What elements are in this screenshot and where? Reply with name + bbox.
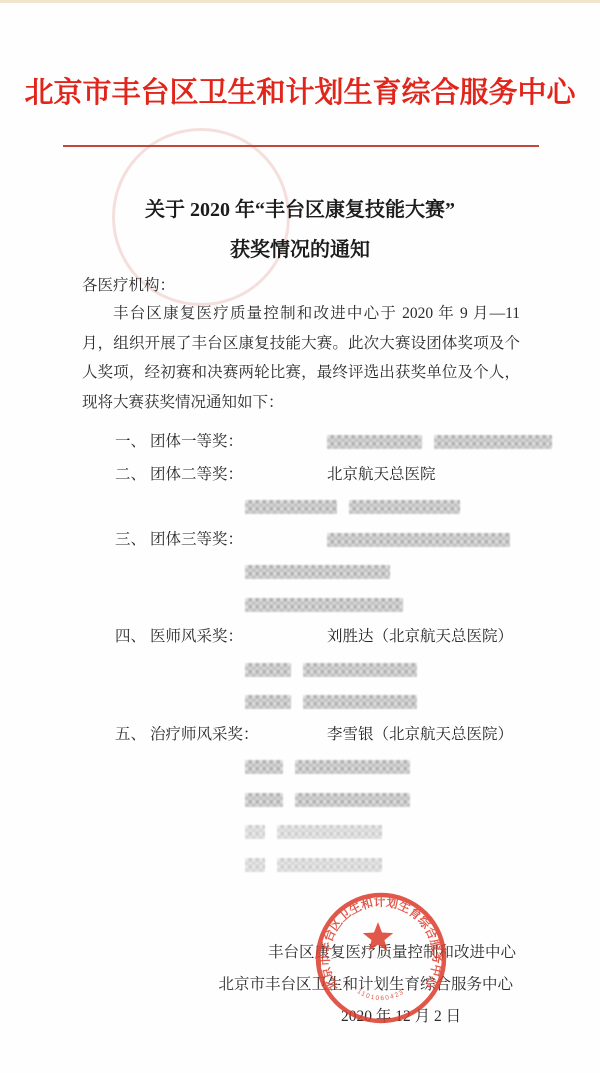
document-title: 关于 2020 年“丰台区康复技能大赛”获奖情况的通知 [0,190,600,270]
redacted-text-block [277,858,382,872]
redacted-text-block [245,858,265,872]
header-divider-rule [63,145,539,147]
svg-text:1101060423: 1101060423 [356,988,406,1002]
award-category-label: 团体一等奖： [150,426,327,459]
awards-list: 一、团体一等奖：二、团体二等奖：北京航天总医院三、团体三等奖：四、医师风采奖：刘… [82,426,552,881]
title-line-2: 获奖情况的通知 [230,239,370,261]
award-category-label: 团体三等奖： [150,524,327,557]
seal-star-icon [363,922,393,951]
redacted-text-block [245,565,390,579]
intro-paragraph: 丰台区康复医疗质量控制和改进中心于 2020 年 9 月—11 月，组织开展了丰… [82,299,520,417]
redacted-text-block [245,663,291,677]
redacted-text-block [245,825,265,839]
award-winner-name: 李雪银（北京航天总医院） [327,726,513,743]
award-number: 二、 [115,459,146,492]
award-category-label: 团体二等奖： [150,459,327,492]
award-category-label: 医师风采奖： [150,621,327,654]
redacted-text-block [327,435,422,449]
award-number: 五、 [115,719,146,752]
award-winner-name: 北京航天总医院 [327,466,436,483]
scan-top-edge [0,0,600,3]
award-entry-line [82,849,552,882]
award-entry-line [82,491,552,524]
redacted-text-block [295,760,410,774]
redacted-text-block [349,500,460,514]
award-item-3: 三、团体三等奖： [82,524,552,557]
redacted-text-block [245,500,337,514]
issuing-org-header: 北京市丰台区卫生和计划生育综合服务中心 [0,74,600,112]
award-entry-line [82,751,552,784]
redacted-text-block [277,825,382,839]
seal-serial-number: 1101060423 [356,988,406,1002]
award-category-label: 治疗师风采奖： [150,719,327,752]
redacted-text-block [245,598,403,612]
award-entry-line [82,589,552,622]
redacted-text-block [245,695,291,709]
redacted-text-block [327,533,510,547]
award-number: 三、 [115,524,146,557]
award-winner-name: 刘胜达（北京航天总医院） [327,628,513,645]
title-line-1: 关于 2020 年“丰台区康复技能大赛” [145,199,455,221]
award-item-4: 四、医师风采奖：刘胜达（北京航天总医院） [82,621,552,654]
award-entry-line [82,784,552,817]
award-entry-line [82,816,552,849]
redacted-text-block [295,793,410,807]
salutation: 各医疗机构： [82,274,175,298]
redacted-text-block [303,663,417,677]
award-number: 一、 [115,426,146,459]
redacted-text-block [434,435,552,449]
award-entry-line [82,686,552,719]
award-item-2: 二、团体二等奖：北京航天总医院 [82,459,552,492]
redacted-text-block [245,760,283,774]
award-entry-line [82,556,552,589]
award-number: 四、 [115,621,146,654]
redacted-text-block [245,793,283,807]
official-seal-stamp: 北京市丰台区卫生和计划生育综合服务中心 1101060423 [304,880,464,1040]
award-item-1: 一、团体一等奖： [82,426,552,459]
award-entry-line [82,654,552,687]
redacted-text-block [303,695,417,709]
award-item-5: 五、治疗师风采奖：李雪银（北京航天总医院） [82,719,552,752]
